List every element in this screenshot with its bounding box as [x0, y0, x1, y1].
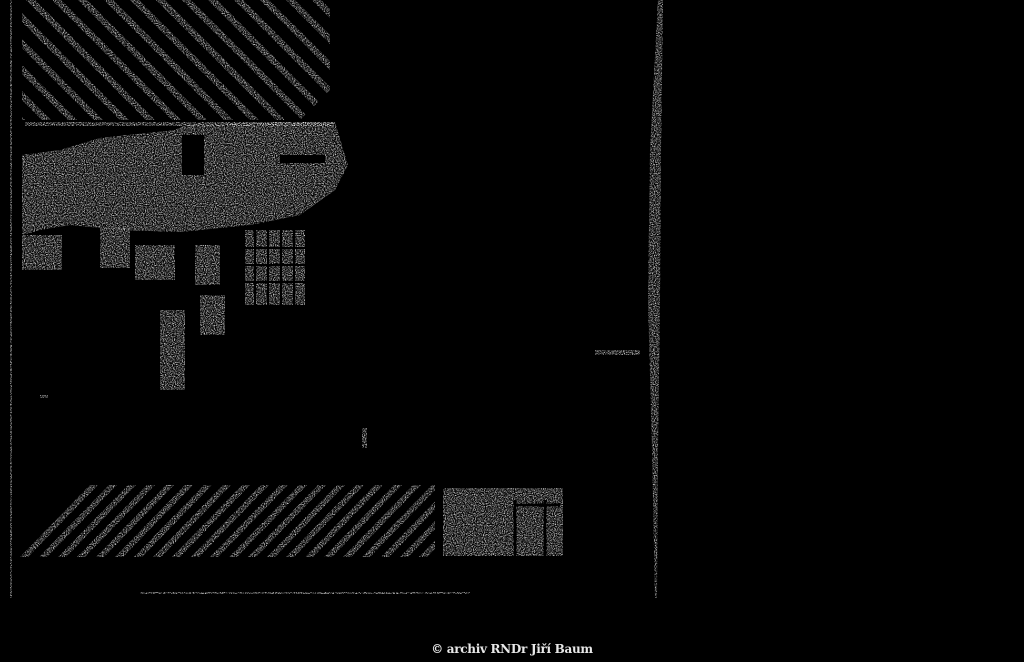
- specks: [40, 350, 640, 448]
- photo-left-edge: [10, 0, 12, 598]
- copyright-caption: © archiv RNDr Jiří Baum: [0, 641, 1024, 657]
- lattice-structures: [22, 228, 305, 390]
- top-diagonal-slats: [0, 0, 467, 120]
- photo-right-edge: [648, 0, 663, 598]
- window-opening: [280, 155, 325, 163]
- photo-canvas: [0, 0, 680, 600]
- window-opening: [182, 135, 204, 175]
- page: © archiv RNDr Jiří Baum: [0, 0, 1024, 662]
- bottom-edge-line: [140, 592, 470, 594]
- archival-photo: [0, 0, 680, 600]
